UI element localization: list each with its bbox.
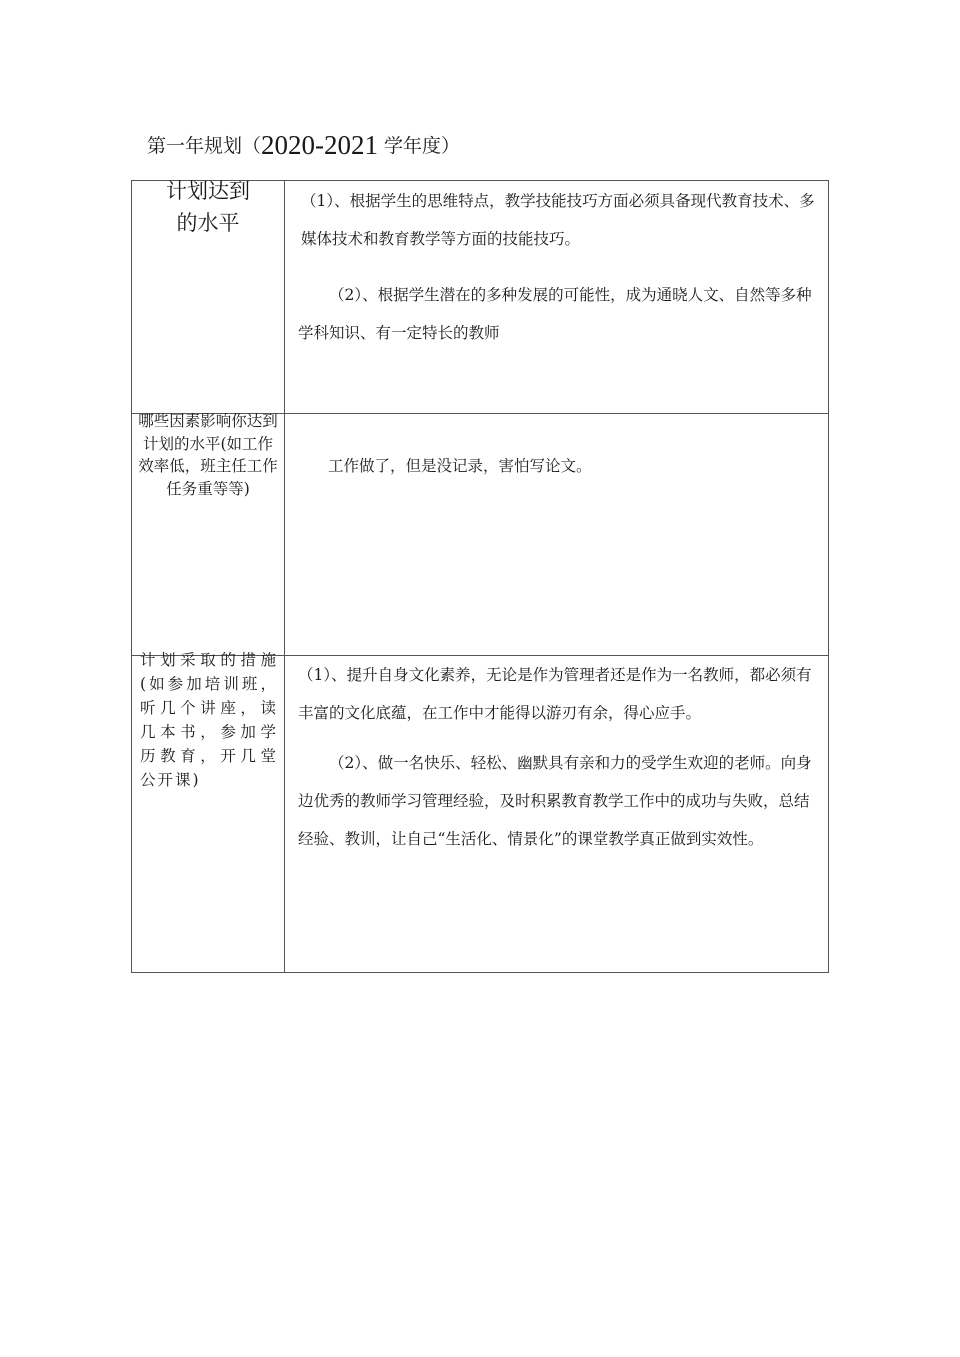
row-label: 计划达到 的水平 [132, 175, 284, 239]
paragraph: （2）、做一名快乐、轻松、幽默具有亲和力的受学生欢迎的老师。向身边优秀的教师学习… [298, 744, 816, 858]
paragraph: 工作做了，但是没记录，害怕写论文。 [328, 447, 816, 485]
row-label-cell: 哪些因素影响你达到计划的水平(如工作效率低，班主任工作任务重等等) [132, 414, 285, 656]
page-title: 第一年规划（2020-2021 学年度） [147, 130, 460, 161]
title-prefix: 第一年规划（ [147, 135, 261, 157]
row-label: 计划采取的措施(如参加培训班，听几个讲座，读几本书，参加学历教育，开几堂公开课) [132, 648, 284, 792]
row-label-cell: 计划达到 的水平 [132, 181, 285, 414]
paragraph: （1）、根据学生的思维特点，教学技能技巧方面必须具备现代教育技术、多媒体技术和教… [298, 182, 816, 258]
row-label: 哪些因素影响你达到计划的水平(如工作效率低，班主任工作任务重等等) [132, 410, 284, 500]
row-label-cell: 计划采取的措施(如参加培训班，听几个讲座，读几本书，参加学历教育，开几堂公开课) [132, 656, 285, 973]
table-row: 计划达到 的水平 （1）、根据学生的思维特点，教学技能技巧方面必须具备现代教育技… [132, 181, 829, 414]
table-row: 哪些因素影响你达到计划的水平(如工作效率低，班主任工作任务重等等) 工作做了，但… [132, 414, 829, 656]
row-content-cell: （1）、提升自身文化素养，无论是作为管理者还是作为一名教师，都必须有丰富的文化底… [285, 656, 829, 973]
table-row: 计划采取的措施(如参加培训班，听几个讲座，读几本书，参加学历教育，开几堂公开课)… [132, 656, 829, 973]
paragraph: （2）、根据学生潜在的多种发展的可能性，成为通晓人文、自然等多种学科知识、有一定… [298, 276, 816, 352]
plan-table: 计划达到 的水平 （1）、根据学生的思维特点，教学技能技巧方面必须具备现代教育技… [131, 180, 829, 973]
row-content-cell: （1）、根据学生的思维特点，教学技能技巧方面必须具备现代教育技术、多媒体技术和教… [285, 181, 829, 414]
title-suffix: 学年度） [378, 135, 460, 157]
paragraph: （1）、提升自身文化素养，无论是作为管理者还是作为一名教师，都必须有丰富的文化底… [298, 656, 816, 732]
title-years: 2020-2021 [261, 130, 378, 160]
row-content-cell: 工作做了，但是没记录，害怕写论文。 [285, 414, 829, 656]
